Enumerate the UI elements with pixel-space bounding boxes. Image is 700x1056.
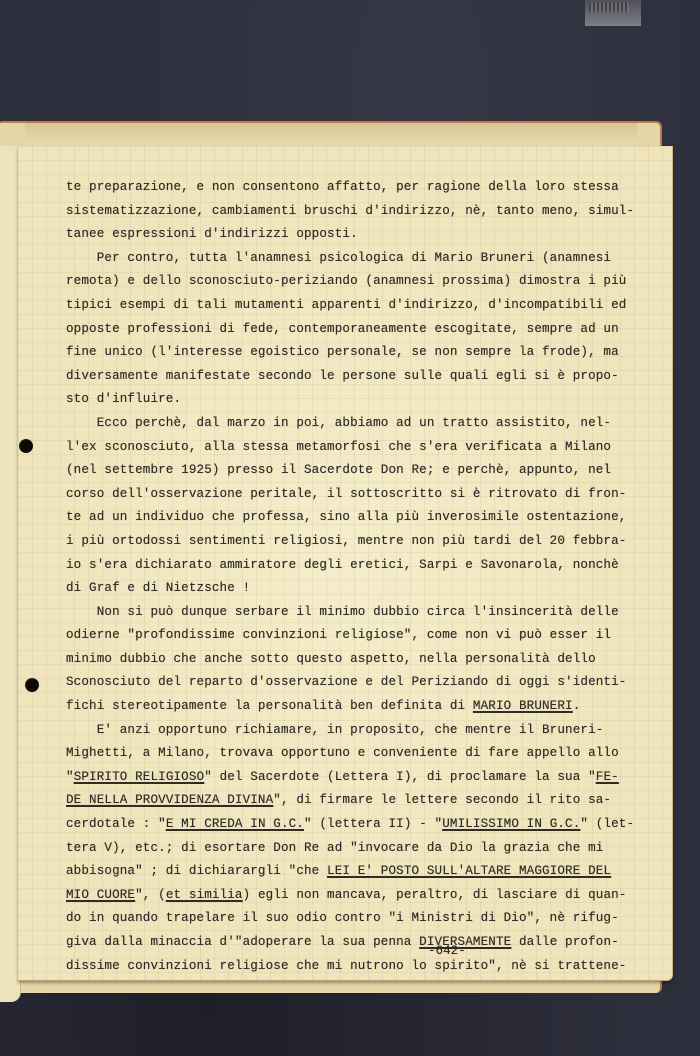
underlined-phrase: FE- — [596, 770, 619, 784]
folder-top-strip — [25, 123, 637, 147]
text-line: sto d'influire. — [66, 388, 666, 412]
text-line: "SPIRITO RELIGIOSO" del Sacerdote (Lette… — [66, 766, 666, 790]
text-line: minimo dubbio che anche sotto questo asp… — [66, 648, 666, 672]
text-line: te ad un individuo che professa, sino al… — [66, 506, 666, 530]
punch-hole-bottom — [25, 678, 39, 692]
text-line: dissime convinzioni religiose che mi nut… — [66, 955, 666, 979]
text-line: Per contro, tutta l'anamnesi psicologica… — [66, 247, 666, 271]
text-line: E' anzi opportuno richiamare, in proposi… — [66, 719, 666, 743]
text-line: tipici esempi di tali mutamenti apparent… — [66, 294, 666, 318]
punch-hole-top — [19, 439, 33, 453]
text-line: fine unico (l'interesse egoistico person… — [66, 341, 666, 365]
text-line: (nel settembre 1925) presso il Sacerdote… — [66, 459, 666, 483]
text-line: te preparazione, e non consentono affatt… — [66, 176, 666, 200]
underlined-phrase: et similia — [166, 888, 243, 902]
text-line: diversamente manifestate secondo le pers… — [66, 365, 666, 389]
text-line: remota) e dello sconosciuto-periziando (… — [66, 270, 666, 294]
text-line: abbisogna" ; di dichiarargli "che LEI E'… — [66, 860, 666, 884]
underlined-phrase: DE NELLA PROVVIDENZA DIVINA — [66, 793, 273, 807]
page-number: -642- — [428, 944, 466, 958]
text-line: Mighetti, a Milano, trovava opportuno e … — [66, 742, 666, 766]
underlined-phrase: MARIO BRUNERI — [473, 699, 573, 713]
text-line: fichi stereotipamente la personalità ben… — [66, 695, 666, 719]
text-line: odierne "profondissime convinzioni relig… — [66, 624, 666, 648]
text-line: opposte professioni di fede, contemporan… — [66, 318, 666, 342]
text-line: MIO CUORE", (et similia) egli non mancav… — [66, 884, 666, 908]
text-line: cerdotale : "E MI CREDA IN G.C." (letter… — [66, 813, 666, 837]
archive-label-tag — [585, 0, 641, 26]
text-line: Non si può dunque serbare il minimo dubb… — [66, 601, 666, 625]
text-line: Ecco perchè, dal marzo in poi, abbiamo a… — [66, 412, 666, 436]
text-line: sistematizzazione, cambiamenti bruschi d… — [66, 200, 666, 224]
text-line: corso dell'osservazione peritale, il sot… — [66, 483, 666, 507]
text-line: di Graf e di Nietzsche ! — [66, 577, 666, 601]
underlined-phrase: SPIRITO RELIGIOSO — [74, 770, 205, 784]
underlined-phrase: UMILISSIMO IN G.C. — [442, 817, 580, 831]
underlined-phrase: E MI CREDA IN G.C. — [166, 817, 304, 831]
underlined-phrase: MIO CUORE — [66, 888, 135, 902]
text-line: tanee espressioni d'indirizzi opposti. — [66, 223, 666, 247]
archive-label-barcode — [589, 2, 629, 12]
text-line: do in quando trapelare il suo odio contr… — [66, 907, 666, 931]
text-line: l'ex sconosciuto, alla stessa metamorfos… — [66, 436, 666, 460]
text-line: tera V), etc.; di esortare Don Re ad "in… — [66, 837, 666, 861]
text-line: giva dalla minaccia d'"adoperare la sua … — [66, 931, 666, 955]
text-line: Sconosciuto del reparto d'osservazione e… — [66, 671, 666, 695]
text-line: DE NELLA PROVVIDENZA DIVINA", di firmare… — [66, 789, 666, 813]
text-line: io s'era dichiarato ammiratore degli ere… — [66, 554, 666, 578]
text-line: i più ortodossi sentimenti religiosi, me… — [66, 530, 666, 554]
underlined-phrase: LEI E' POSTO SULL'ALTARE MAGGIORE DEL — [327, 864, 611, 878]
document-body: te preparazione, e non consentono affatt… — [66, 176, 666, 978]
